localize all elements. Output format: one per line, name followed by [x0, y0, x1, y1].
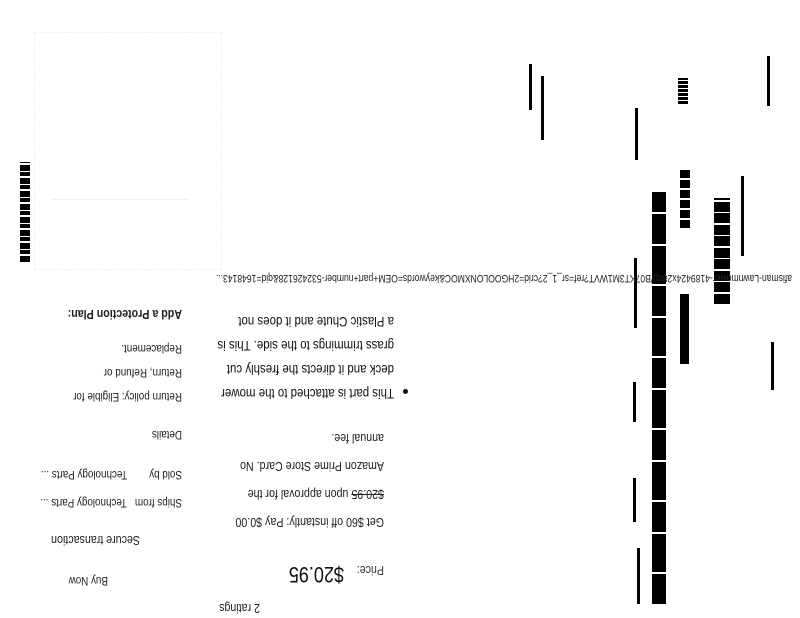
price-label: Price: [357, 563, 384, 578]
price-value: $20.95 [289, 561, 344, 587]
compressed-text-band [680, 294, 689, 364]
bullet-text: a Plastic Chute and it does not [238, 314, 394, 330]
bullet-text: This part is attached to the mower [221, 386, 394, 402]
offer-line: annual fee. [331, 431, 384, 446]
protection-plan-heading: Add a Protection Plan: [68, 307, 182, 322]
buy-now-button[interactable]: Buy Now [69, 574, 108, 588]
details-link[interactable]: Details [152, 428, 182, 442]
compressed-text-band [678, 78, 688, 104]
bullet-text: grass trimmings to the side. This is [217, 338, 394, 354]
image-divider [52, 199, 188, 200]
sold-by-value[interactable]: Technology Parts ... [41, 468, 127, 482]
compressed-glyph [634, 258, 637, 328]
bullet-icon [403, 389, 408, 394]
product-image[interactable] [34, 32, 222, 270]
offer-line: $20.95 upon approval for the [248, 487, 384, 502]
image-thumbnail-strip[interactable] [20, 162, 30, 262]
rotated-page: 2 ratings Price: $20.95 Get $60 off inst… [0, 0, 800, 618]
sold-by-row: Sold by Technology Parts ... [41, 468, 182, 482]
return-policy-line[interactable]: Return policy: Eligible for [73, 390, 182, 404]
compressed-glyph [635, 108, 638, 160]
compressed-text-band [652, 192, 666, 604]
compressed-text-band [714, 198, 730, 304]
strikethrough-price: $20.95 [351, 487, 384, 502]
ships-from-label: Ships from [135, 496, 182, 510]
compressed-glyph [637, 548, 640, 604]
ships-from-value: Technology Parts ... [40, 496, 126, 510]
compressed-glyph [529, 64, 532, 110]
compressed-glyph [767, 56, 770, 106]
offer-line[interactable]: Get $60 off instantly: Pay $0.00 [235, 515, 384, 530]
compressed-text-band [680, 170, 690, 228]
compressed-glyph [633, 478, 636, 522]
compressed-glyph [633, 382, 636, 422]
offer-line: Amazon Prime Store Card. No [240, 459, 384, 474]
bullet-text: deck and it directs the freshly cut [227, 362, 394, 378]
compressed-glyph [541, 76, 544, 140]
secure-transaction-link[interactable]: Secure transaction [51, 533, 140, 548]
return-policy-line: Return, Refund or [104, 366, 182, 380]
offer-line-rest: upon approval for the [248, 487, 352, 502]
ships-from-row: Ships from Technology Parts ... [40, 496, 182, 510]
compressed-glyph [741, 176, 744, 256]
sold-by-label: Sold by [149, 468, 182, 482]
return-policy-line: Replacement. [121, 342, 182, 356]
ratings-link[interactable]: 2 ratings [219, 601, 260, 616]
compressed-glyph [771, 342, 774, 390]
status-bar-url: afisman-Lawnmower-4189424x28dp/B07KT3M1W… [216, 272, 792, 284]
